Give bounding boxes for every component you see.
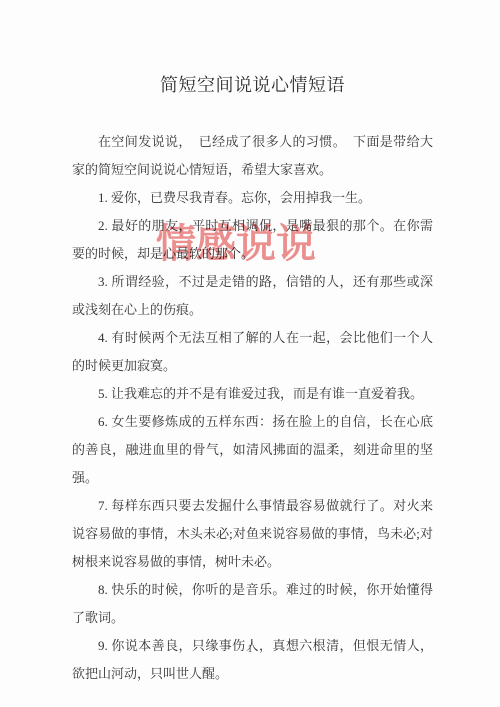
- page-number: 1: [0, 644, 500, 656]
- page-title: 简短空间说说心情短语: [72, 73, 433, 97]
- list-item: 7. 每样东西只要去发掘什么事情最容易做就行了。对火来说容易做的事情，木头未必;…: [72, 492, 433, 576]
- list-item: 6. 女生要修炼成的五样东西：扬在脸上的自信，长在心底的善良，融进血里的骨气，如…: [72, 408, 433, 492]
- document-page: 简短空间说说心情短语 在空间发说说， 已经成了很多人的习惯。 下面是带给大家的简…: [0, 0, 500, 707]
- list-item: 1. 爱你，已费尽我青春。忘你，会用掉我一生。: [72, 184, 433, 212]
- intro-paragraph: 在空间发说说， 已经成了很多人的习惯。 下面是带给大家的简短空间说说心情短语，希…: [72, 128, 433, 184]
- list-item: 5. 让我难忘的并不是有谁爱过我，而是有谁一直爱着我。: [72, 380, 433, 408]
- list-item: 4. 有时候两个无法互相了解的人在一起，会比他们一个人的时候更加寂寞。: [72, 324, 433, 380]
- list-item: 9. 你说本善良，只缘事伤人，真想六根清，但恨无情人，欲把山河动，只叫世人醒。: [72, 632, 433, 688]
- list-item: 2. 最好的朋友，平时互相调侃，是嘴最狠的那个。在你需要的时候，却是心最软的那个…: [72, 212, 433, 268]
- list-item: 8. 快乐的时候，你听的是音乐。难过的时候，你开始懂得了歌词。: [72, 576, 433, 632]
- list-item: 3. 所谓经验，不过是走错的路，信错的人，还有那些或深或浅刻在心上的伤痕。: [72, 268, 433, 324]
